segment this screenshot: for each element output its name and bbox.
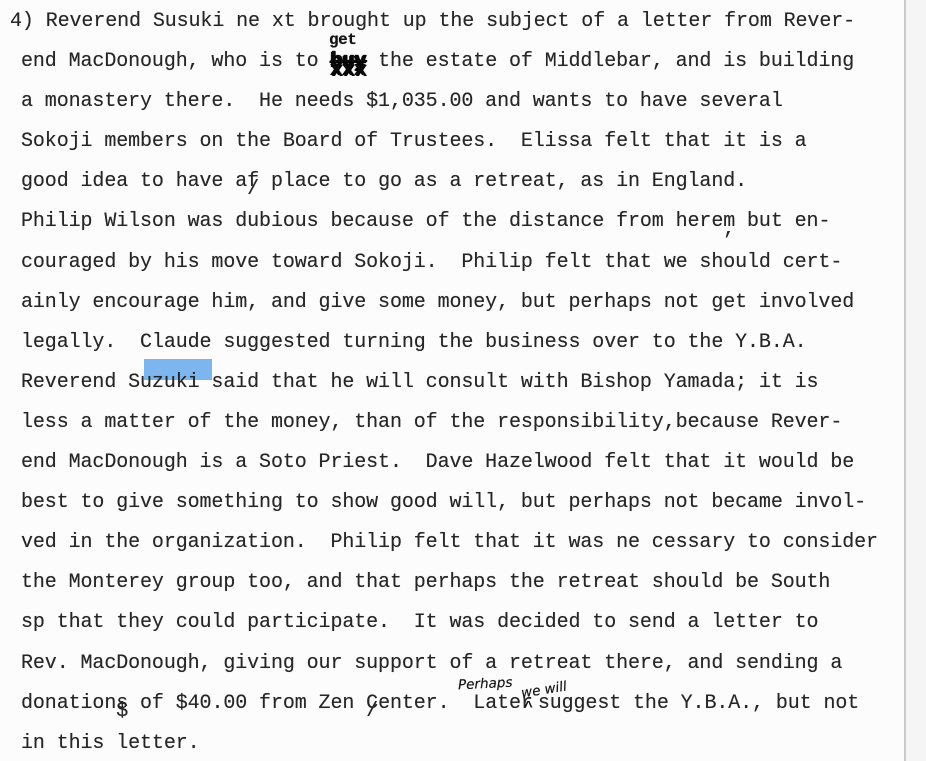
text-segment: C/ bbox=[366, 692, 378, 715]
typed-line: best to give something to show good will… bbox=[21, 483, 905, 523]
typed-lines: 4) Reverend Susuki ne xt brought up the … bbox=[0, 0, 905, 761]
text-segment: couraged by his move toward Sokoji. Phil… bbox=[21, 251, 842, 274]
text-segment: end MacDonough, who is to bbox=[21, 50, 330, 73]
text-segment: Philip Wilson was dubious because of the… bbox=[21, 210, 723, 233]
typed-line: Sokoji members on the Board of Trustees.… bbox=[21, 122, 905, 162]
text-segment: donation bbox=[21, 692, 116, 715]
typed-line: the Monterey group too, and that perhaps… bbox=[21, 563, 905, 603]
text-segment: f/ bbox=[247, 170, 259, 193]
typed-line: couraged by his move toward Sokoji. Phil… bbox=[21, 243, 905, 283]
text-segment: Rev. MacDonough, giving our support of a… bbox=[21, 652, 842, 675]
typed-line: end MacDonough is a Soto Priest. Dave Ha… bbox=[21, 443, 905, 483]
text-segment: ainly encourage him, and give some money… bbox=[21, 291, 854, 314]
overtype-mark: / bbox=[366, 692, 378, 732]
typed-line: end MacDonough, who is to buyxxx the est… bbox=[21, 42, 905, 82]
text-segment: Reverend Suzuki said that he will consul… bbox=[21, 371, 818, 394]
typed-line: donations$ of $40.00 from Zen C/enter. L… bbox=[21, 684, 905, 724]
typed-line: Philip Wilson was dubious because of the… bbox=[21, 202, 905, 242]
typed-line: ainly encourage him, and give some money… bbox=[21, 283, 905, 323]
text-segment: 4) Reverend Susuki ne xt brought up the … bbox=[10, 10, 855, 33]
typed-line: less a matter of the money, than of the … bbox=[21, 403, 905, 443]
typed-line: a monastery there. He needs $1,035.00 an… bbox=[21, 82, 905, 122]
typed-line: in this letter. bbox=[21, 724, 905, 761]
typed-line: good idea to have af/ place to go as a r… bbox=[21, 162, 905, 202]
text-segment: less a matter of the money, than of the … bbox=[21, 411, 842, 434]
text-segment: but en- bbox=[735, 210, 830, 233]
typed-line: ved in the organization. Philip felt tha… bbox=[21, 523, 905, 563]
text-segment: good idea to have a bbox=[21, 170, 247, 193]
scanned-document-page: 4) Reverend Susuki ne xt brought up the … bbox=[0, 0, 926, 761]
text-segment: legally. Claude suggested turning the bu… bbox=[21, 331, 807, 354]
text-segment: in this letter. bbox=[21, 732, 200, 755]
typed-line: 4) Reverend Susuki ne xt brought up the … bbox=[10, 2, 905, 42]
typed-line: sp that they could participate. It was d… bbox=[21, 603, 905, 643]
text-segment: ved in the organization. Philip felt tha… bbox=[21, 531, 878, 554]
overtype-mark: / bbox=[247, 170, 259, 210]
text-segment: the estate of Middlebar, and is building bbox=[366, 50, 854, 73]
text-segment: sp that they could participate. It was d… bbox=[21, 611, 818, 634]
typed-line: Rev. MacDonough, giving our support of a… bbox=[21, 644, 905, 684]
scanner-edge-strip bbox=[904, 0, 926, 761]
text-segment: s$ bbox=[116, 692, 128, 715]
text-segment: end MacDonough is a Soto Priest. Dave Ha… bbox=[21, 451, 854, 474]
text-segment: the Monterey group too, and that perhaps… bbox=[21, 571, 830, 594]
text-segment: Sokoji members on the Board of Trustees.… bbox=[21, 130, 807, 153]
typed-line: Reverend Suzuki said that he will consul… bbox=[21, 363, 905, 403]
overtype-mark: , bbox=[723, 210, 735, 250]
text-segment: place to go as a retreat, as in England. bbox=[259, 170, 747, 193]
text-segment: suggest the Y.B.A., but not bbox=[538, 692, 859, 715]
text-segment: a monastery there. He needs $1,035.00 an… bbox=[21, 90, 783, 113]
text-segment: best to give something to show good will… bbox=[21, 491, 866, 514]
overtyped-segment: buyxxx bbox=[330, 50, 366, 73]
text-segment: of $40.00 from Zen bbox=[128, 692, 366, 715]
text-segment: enter. Later bbox=[378, 692, 533, 715]
overtype-mark: $ bbox=[116, 692, 128, 732]
typed-line: legally. Claude suggested turning the bu… bbox=[21, 323, 905, 363]
text-segment: m, bbox=[723, 210, 735, 233]
overtype-mark: xxx bbox=[330, 51, 366, 91]
